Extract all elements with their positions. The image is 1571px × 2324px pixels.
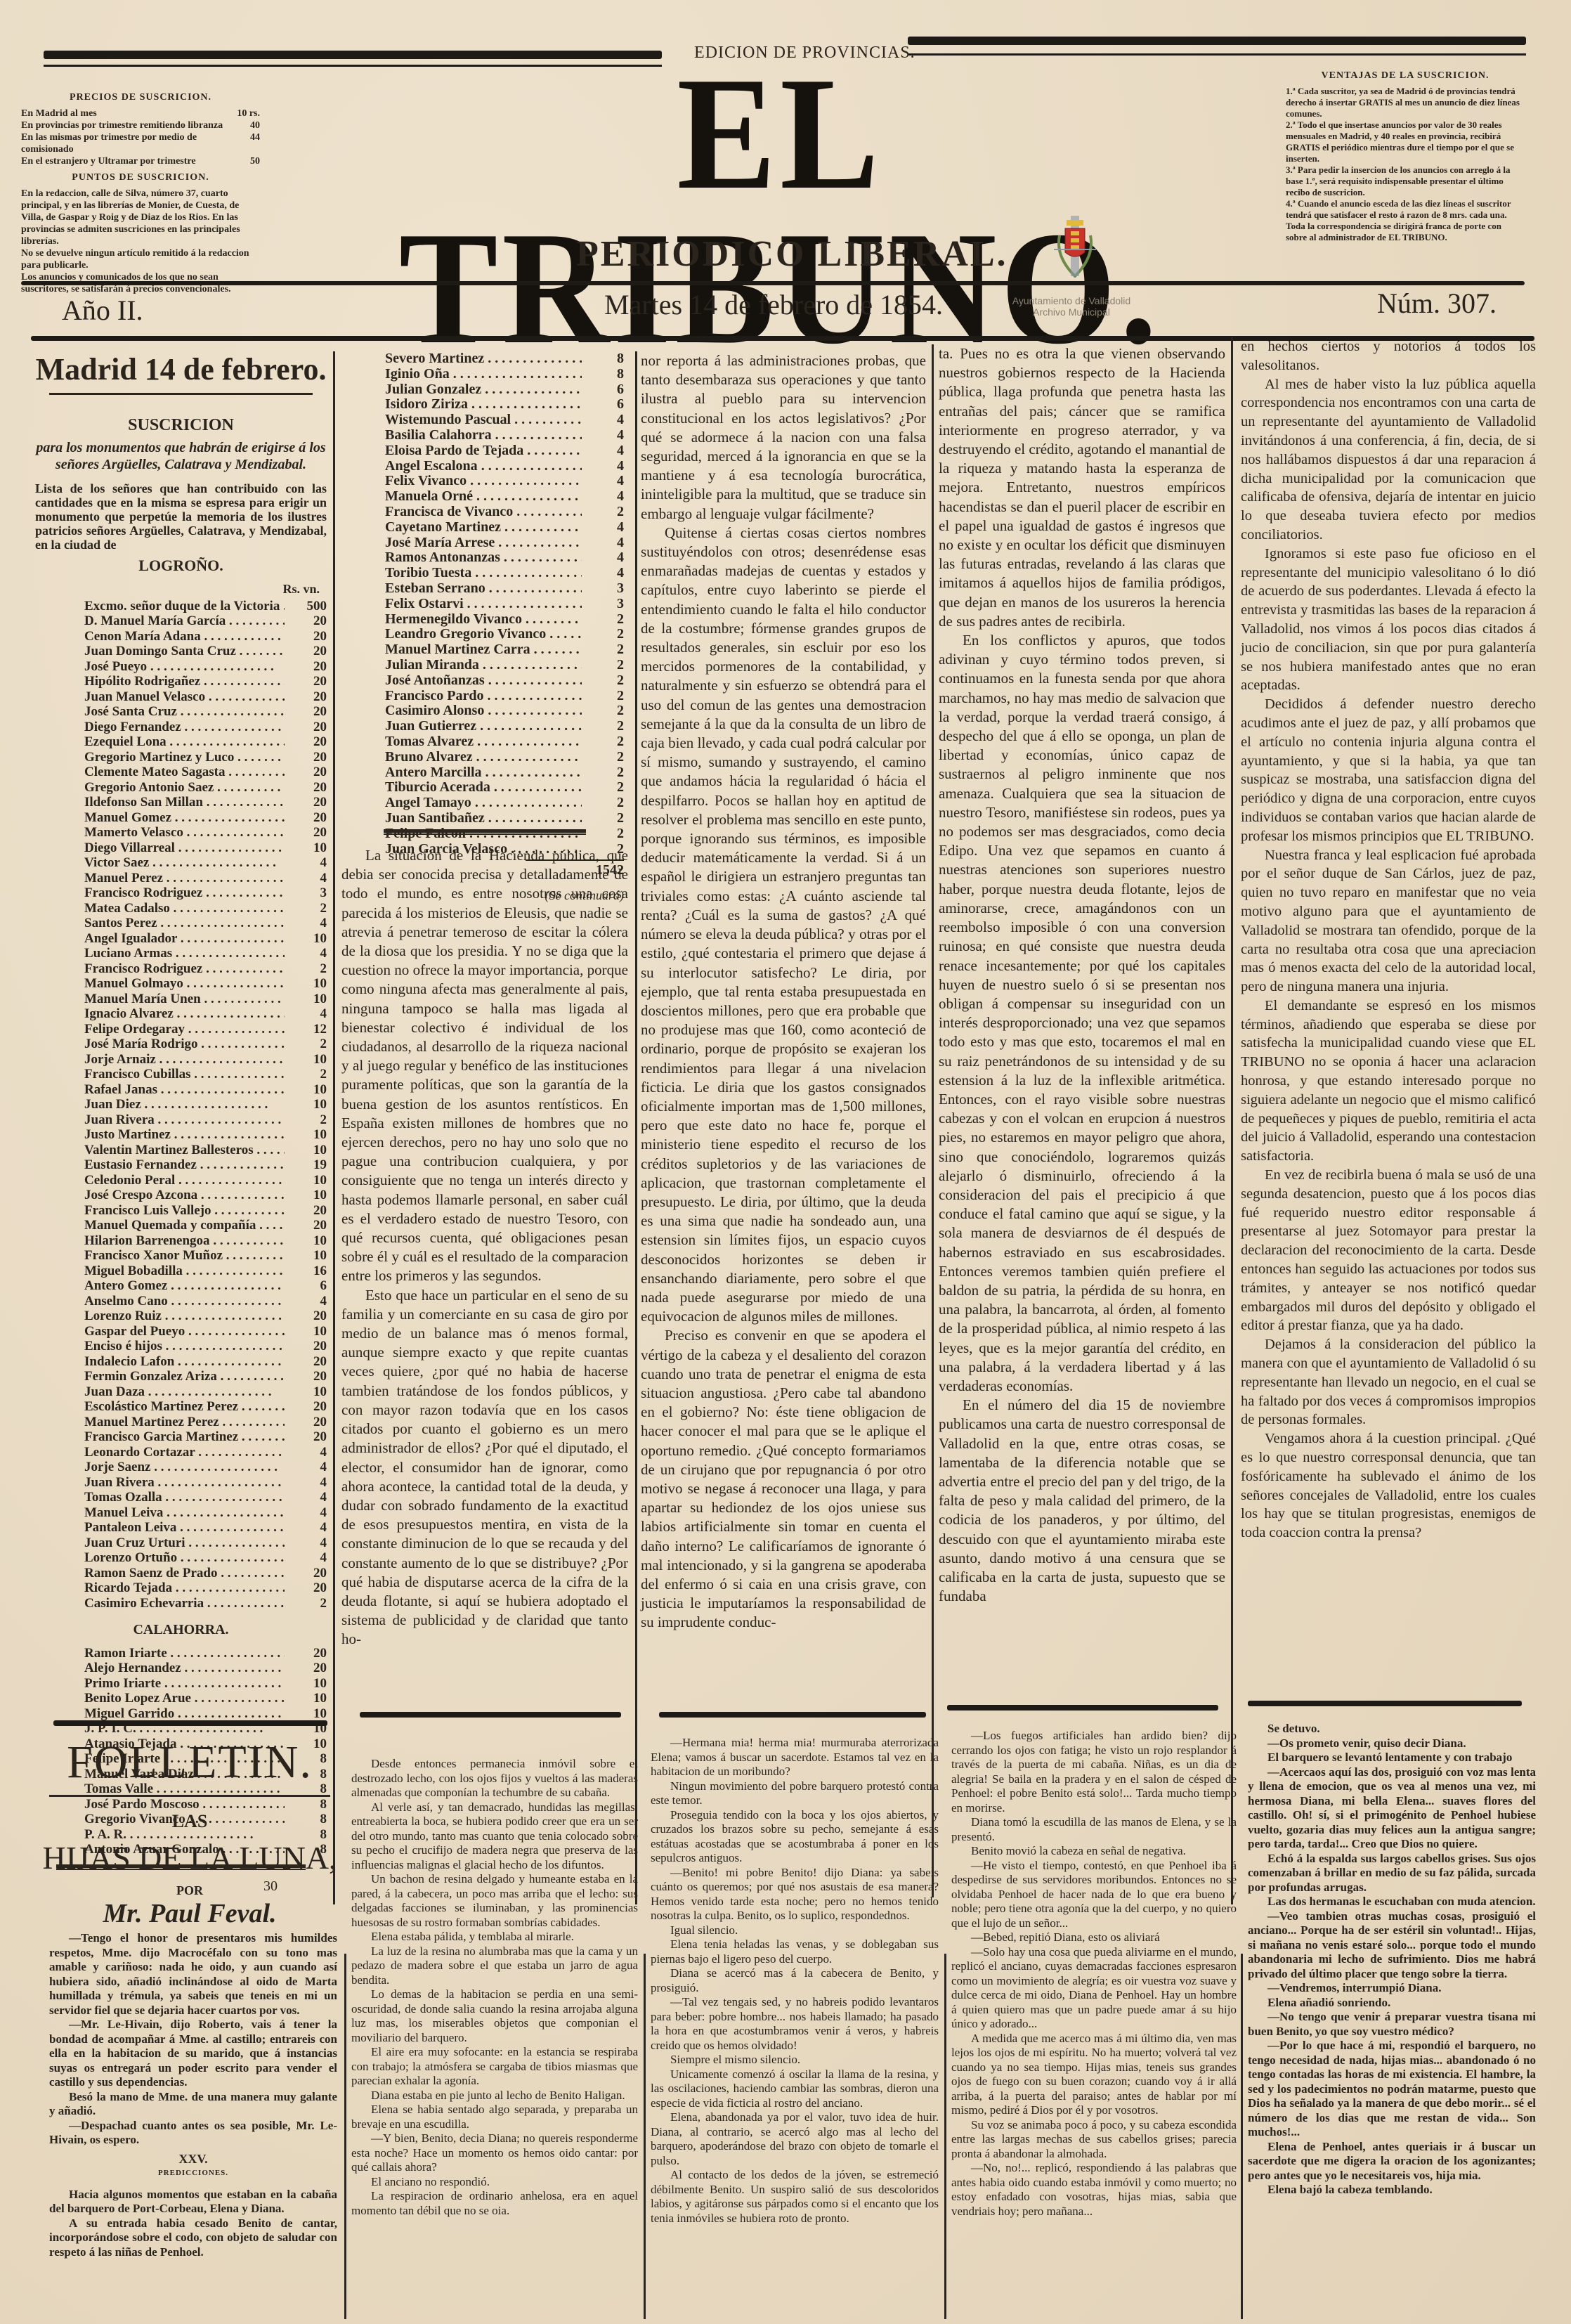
donor-amount: 4 — [285, 1006, 327, 1022]
column-divider — [344, 1954, 346, 2319]
donor-amount: 8 — [582, 367, 624, 382]
donor-row: Leandro Gregorio Vivanco2 — [385, 627, 624, 642]
serial-paragraph: —Despachad cuanto antes os sea posible, … — [49, 2119, 337, 2148]
donor-amount: 10 — [285, 1324, 327, 1339]
donor-name: Ricardo Tejada — [84, 1580, 285, 1596]
folletin-rule — [659, 1712, 926, 1718]
donor-row: Esteban Serrano3 — [385, 581, 624, 597]
donor-name: Manuel Gomez — [84, 810, 285, 826]
serial-paragraph: La luz de la resina no alumbraba mas que… — [351, 1945, 638, 1988]
donor-name: Ramon Iriarte — [84, 1646, 285, 1661]
donor-name: Toribio Tuesta — [385, 566, 582, 581]
donor-amount: 20 — [285, 1339, 327, 1354]
donor-row: Enciso é hijos20 — [35, 1339, 327, 1354]
donor-amount: 500 — [285, 599, 327, 614]
donor-row: Alejo Hernandez20 — [35, 1661, 327, 1676]
chapter-title: PREDICCIONES. — [49, 2166, 337, 2181]
donor-row: Hilarion Barrenengoa10 — [35, 1233, 327, 1249]
issue-date: Martes 14 de febrero de 1854. — [604, 288, 943, 321]
donor-name: Gaspar del Pueyo — [84, 1324, 285, 1339]
donor-row: Jorje Arnaiz10 — [35, 1052, 327, 1067]
newspaper-page: EDICION DE PROVINCIAS. PRECIOS DE SUSCRI… — [0, 0, 1571, 2324]
donor-amount: 20 — [285, 780, 327, 796]
dateline-rule-top — [21, 281, 1525, 285]
donor-name: Francisco Rodriguez — [84, 885, 285, 901]
donor-row: Tiburcio Acerada2 — [385, 780, 624, 796]
subscription-advantages-box: VENTAJAS DE LA SUSCRICION. 1.ª Cada susc… — [1286, 70, 1525, 243]
donor-name: Hipólito Rodrigañez — [84, 674, 285, 689]
serial-paragraph: —Por lo que hace á mi, respondió el barq… — [1248, 2039, 1536, 2140]
donor-row: Manuel Perez4 — [35, 871, 327, 886]
donor-name: Ramon Saenz de Prado — [84, 1566, 285, 1581]
serial-paragraph: Su voz se animaba poco á poco, y su cabe… — [951, 2118, 1237, 2162]
serial-paragraph: —Bebed, repitió Diana, esto os aliviará — [951, 1930, 1237, 1945]
donor-amount: 2 — [582, 796, 624, 811]
donor-row: Ramon Iriarte20 — [35, 1646, 327, 1661]
serial-paragraph: Igual silencio. — [651, 1923, 939, 1938]
donor-amount: 20 — [285, 659, 327, 675]
donor-name: Julian Miranda — [385, 658, 582, 673]
madrid-heading: Madrid 14 de febrero. — [35, 360, 327, 379]
serial-paragraph: —Tengo el honor de presentaros mis humil… — [49, 1931, 337, 2018]
donor-amount: 10 — [285, 1127, 327, 1143]
donor-name: Ignacio Alvarez — [84, 1006, 285, 1022]
serial-paragraph: Elena estaba pálida, y temblaba al mirar… — [351, 1930, 638, 1945]
note-returns: No se devuelve ningun artículo remitido … — [21, 247, 260, 271]
donor-row: Primo Iriarte10 — [35, 1676, 327, 1692]
donor-name: José Pueyo — [84, 659, 285, 675]
donor-amount: 4 — [582, 550, 624, 566]
donor-name: Juan Rivera — [84, 1112, 285, 1128]
donor-name: José Antoñanzas — [385, 673, 582, 689]
advantage-item: 3.ª Para pedir la insercion de los anunc… — [1286, 164, 1525, 198]
serial-paragraph: Unicamente comenzó á oscilar la llama de… — [651, 2067, 939, 2111]
donor-name: Indalecio Lafon — [84, 1354, 285, 1370]
column-divider — [944, 1954, 946, 2319]
donor-row: Francisco Xanor Muñoz10 — [35, 1248, 327, 1264]
folletin-column-4: —Los fuegos artificiales han ardido bien… — [951, 1729, 1237, 2219]
donor-row: Antero Gomez6 — [35, 1278, 327, 1294]
donor-row: Manuel Quemada y compañía20 — [35, 1218, 327, 1233]
donor-amount: 10 — [285, 976, 327, 992]
newspaper-subtitle: PERIODICO LIBERAL. — [576, 233, 1008, 275]
donor-amount: 20 — [285, 1203, 327, 1219]
donor-amount: 20 — [285, 825, 327, 840]
donor-amount: 3 — [582, 597, 624, 612]
serial-paragraph: El anciano no respondió. — [351, 2175, 638, 2190]
serial-paragraph: Al contacto de los dedos de la jóven, se… — [651, 2168, 939, 2226]
serial-paragraph: Un bachon de resina delgado y humeante e… — [351, 1872, 638, 1930]
donor-row: D. Manuel María García20 — [35, 614, 327, 629]
serial-paragraph: Echó á la espalda sus largos cabellos gr… — [1248, 1852, 1536, 1895]
donor-row: Gaspar del Pueyo10 — [35, 1324, 327, 1339]
serial-paragraph: Siempre el mismo silencio. — [651, 2053, 939, 2067]
donor-amount: 10 — [285, 1173, 327, 1188]
serial-by: POR — [42, 1883, 337, 1898]
donor-amount: 20 — [285, 1354, 327, 1370]
donor-row: Rafael Janas10 — [35, 1082, 327, 1098]
article-paragraph: La situacion de la Hacienda pública, que… — [341, 846, 628, 1286]
donor-name: Jorje Saenz — [84, 1460, 285, 1475]
donor-amount: 12 — [285, 1022, 327, 1037]
donor-name: Juan Domingo Santa Cruz — [84, 644, 285, 659]
article-paragraph: Vengamos ahora á la cuestion principal. … — [1241, 1429, 1536, 1543]
donor-name: Angel Escalona — [385, 459, 582, 474]
donor-row: Eloisa Pardo de Tejada4 — [385, 443, 624, 459]
donor-name: Severo Martinez — [385, 351, 582, 367]
donor-name: Tomas Alvarez — [385, 734, 582, 750]
donor-row: Clemente Mateo Sagasta20 — [35, 765, 327, 780]
donor-name: Antero Marcilla — [385, 765, 582, 781]
donor-row: Juan Rivera4 — [35, 1475, 327, 1491]
donor-amount: 10 — [285, 1691, 327, 1706]
donor-name: Eloisa Pardo de Tejada — [385, 443, 582, 459]
donor-row: José Antoñanzas2 — [385, 673, 624, 689]
donor-name: Leandro Gregorio Vivanco — [385, 627, 582, 642]
donor-row: Francisco Luis Vallejo20 — [35, 1203, 327, 1219]
serial-paragraph: —Los fuegos artificiales han ardido bien… — [951, 1729, 1237, 1815]
donor-row: Francisco Rodriguez3 — [35, 885, 327, 901]
donor-row: Severo Martinez8 — [385, 351, 624, 367]
donor-name: Iginio Oña — [385, 367, 582, 382]
donor-amount: 10 — [285, 992, 327, 1007]
serial-paragraph: Elena tenia heladas las venas, y se dobl… — [651, 1937, 939, 1966]
donor-name: Ramos Antonanzas — [385, 550, 582, 566]
column-2: Severo Martinez8Iginio Oña8Julian Gonzal… — [385, 351, 624, 911]
folletin-rule — [360, 1712, 621, 1718]
column-divider — [932, 344, 934, 1897]
donor-name: Francisca de Vivanco — [385, 505, 582, 520]
donor-amount: 2 — [285, 1037, 327, 1052]
serial-paragraph: Elena bajó la cabeza temblando. — [1248, 2183, 1536, 2198]
donor-amount: 20 — [285, 689, 327, 705]
article-paragraph: Quitense á ciertas cosas ciertos nombres… — [641, 524, 926, 1327]
folletin-column-5: Se detuvo. —Os prometo venir, quiso deci… — [1248, 1722, 1536, 2198]
price-row: En las mismas por trimestre por medio de… — [21, 131, 260, 155]
donor-name: Celedonio Peral — [84, 1173, 285, 1188]
donor-amount: 20 — [285, 1566, 327, 1581]
donor-row: Juan Rivera2 — [35, 1112, 327, 1128]
donor-amount: 2 — [582, 703, 624, 719]
donor-name: Pantaleon Leiva — [84, 1520, 285, 1536]
donor-amount: 2 — [582, 750, 624, 765]
serial-paragraph: Diana tomó la escudilla de las manos de … — [951, 1815, 1237, 1844]
donor-row: Isidoro Ziriza6 — [385, 397, 624, 413]
donor-row: Angel Igualador10 — [35, 931, 327, 947]
donor-row: Francisco Cubillas2 — [35, 1067, 327, 1082]
donor-name: Esteban Serrano — [385, 581, 582, 597]
donor-row: Toribio Tuesta4 — [385, 566, 624, 581]
donor-amount: 4 — [285, 1536, 327, 1551]
donor-row: Manuel Martinez Carra2 — [385, 642, 624, 658]
donor-name: Luciano Armas — [84, 946, 285, 961]
donor-name: Juan Manuel Velasco — [84, 689, 285, 705]
article-paragraph: En el número del dia 15 de noviembre pub… — [939, 1396, 1225, 1606]
donor-row: Ricardo Tejada20 — [35, 1580, 327, 1596]
donor-amount: 4 — [582, 535, 624, 551]
donor-name: Julian Gonzalez — [385, 382, 582, 398]
donor-name: Gregorio Martinez y Luco — [84, 750, 285, 765]
advantage-item: 1.ª Cada suscritor, ya sea de Madrid ó d… — [1286, 86, 1525, 119]
donor-row: Antero Marcilla2 — [385, 765, 624, 781]
donor-amount: 2 — [582, 780, 624, 796]
donor-amount: 2 — [582, 612, 624, 628]
donor-amount: 2 — [582, 689, 624, 704]
article-paragraph: ta. Pues no es otra la que vienen observ… — [939, 344, 1225, 631]
issue-number: Núm. 307. — [1377, 287, 1497, 320]
column-3: nor reporta á las administraciones proba… — [641, 351, 926, 1632]
column-4: ta. Pues no es otra la que vienen observ… — [939, 344, 1225, 1606]
donor-name: Ezequiel Lona — [84, 734, 285, 750]
donor-row: José María Arrese4 — [385, 535, 624, 551]
donor-row: Miguel Bobadilla16 — [35, 1264, 327, 1279]
donor-name: Juan Diez — [84, 1097, 285, 1112]
article-rule — [384, 829, 586, 835]
serial-paragraph: —He visto el tiempo, contestó, en que Pe… — [951, 1859, 1237, 1931]
donor-row: Lorenzo Ortuño4 — [35, 1550, 327, 1566]
donor-amount: 4 — [582, 459, 624, 474]
serial-paragraph: Proseguia tendido con la boca y los ojos… — [651, 1808, 939, 1866]
donor-amount: 20 — [285, 1661, 327, 1676]
donor-name: Manuel Martinez Perez — [84, 1415, 285, 1430]
serial-paragraph: —Solo hay una cosa que pueda aliviarme e… — [951, 1945, 1237, 2032]
donor-name: José Santa Cruz — [84, 704, 285, 720]
serial-paragraph: Lo demas de la habitacion se perdia en u… — [351, 1987, 638, 2045]
donor-row: Benito Lopez Arue10 — [35, 1691, 327, 1706]
donor-amount: 10 — [285, 1143, 327, 1158]
donor-name: Diego Fernandez — [84, 720, 285, 735]
donor-row: Casimiro Alonso2 — [385, 703, 624, 719]
donor-amount: 20 — [285, 734, 327, 750]
donor-row: Cenon María Adana20 — [35, 629, 327, 644]
serial-paragraph: —Y bien, Benito, decia Diana; no quereis… — [351, 2131, 638, 2175]
donor-name: Primo Iriarte — [84, 1676, 285, 1692]
donor-row: Cayetano Martinez4 — [385, 520, 624, 535]
donor-row: Pantaleon Leiva4 — [35, 1520, 327, 1536]
serial-paragraph: —Os prometo venir, quiso decir Diana. — [1248, 1736, 1536, 1751]
donor-amount: 2 — [582, 765, 624, 781]
donor-name: Juan Rivera — [84, 1475, 285, 1491]
donor-name: Tiburcio Acerada — [385, 780, 582, 796]
serial-paragraph: Elena, abandonada ya por el valor, tuvo … — [651, 2110, 939, 2168]
donor-row: Luciano Armas4 — [35, 946, 327, 961]
archive-watermark: Ayuntamiento de Valladolid Archivo Munic… — [1005, 295, 1138, 318]
donor-row: José Pueyo20 — [35, 659, 327, 675]
donor-amount: 20 — [285, 810, 327, 826]
puntos-title: PUNTOS DE SUSCRICION. — [21, 171, 260, 183]
donor-amount: 4 — [582, 413, 624, 428]
donor-name: Miguel Garrido — [84, 1706, 285, 1722]
donor-amount: 4 — [285, 1294, 327, 1309]
donor-amount: 20 — [285, 720, 327, 735]
price-row: En Madrid al mes10 rs. — [21, 108, 260, 119]
donor-name: Mamerto Velasco — [84, 825, 285, 840]
donor-amount: 20 — [285, 1429, 327, 1445]
donor-name: Casimiro Alonso — [385, 703, 582, 719]
donor-row: Juan Domingo Santa Cruz20 — [35, 644, 327, 659]
serial-paragraph: Las dos hermanas le escuchaban con muda … — [1248, 1895, 1536, 1909]
donor-row: Julian Miranda2 — [385, 658, 624, 673]
serial-paragraph: —Hermana mia! herma mia! murmuraba aterr… — [651, 1736, 939, 1779]
donor-amount: 20 — [285, 1580, 327, 1596]
donor-row: Victor Saez4 — [35, 855, 327, 871]
article-paragraph: El demandante se espresó en los mismos t… — [1241, 997, 1536, 1166]
donor-name: Clemente Mateo Sagasta — [84, 765, 285, 780]
folletin-rule — [53, 1720, 327, 1726]
donor-amount: 2 — [582, 673, 624, 689]
donor-name: José María Arrese — [385, 535, 582, 551]
donor-name: Angel Igualador — [84, 931, 285, 947]
donor-name: Diego Villarreal — [84, 840, 285, 856]
donor-row: Felix Ostarvi3 — [385, 597, 624, 612]
donor-amount: 4 — [582, 520, 624, 535]
donor-row: Excmo. señor duque de la Victoria500 — [35, 599, 327, 614]
donor-amount: 20 — [285, 1369, 327, 1384]
donor-row: Juan Daza10 — [35, 1384, 327, 1400]
donor-name: Rafael Janas — [84, 1082, 285, 1098]
city-calahorra: CALAHORRA. — [35, 1621, 327, 1640]
donor-amount: 20 — [285, 629, 327, 644]
donor-row: Francisca de Vivanco2 — [385, 505, 624, 520]
donor-amount: 4 — [582, 566, 624, 581]
subscription-prices-box: PRECIOS DE SUSCRICION. En Madrid al mes1… — [21, 91, 260, 295]
article-paragraph: Decididos á defender nuestro derecho acu… — [1241, 695, 1536, 845]
donor-name: Antero Gomez — [84, 1278, 285, 1294]
donor-amount: 4 — [582, 443, 624, 459]
folletin-rule — [1248, 1701, 1522, 1706]
year-label: Año II. — [62, 294, 143, 327]
donor-row: Juan Cruz Urturi4 — [35, 1536, 327, 1551]
donor-row: Angel Tamayo2 — [385, 796, 624, 811]
donor-amount: 20 — [285, 765, 327, 780]
donor-amount: 20 — [285, 644, 327, 659]
donor-name: Francisco Xanor Muñoz — [84, 1248, 285, 1264]
donor-amount: 2 — [582, 811, 624, 826]
donor-row: Matea Cadalso2 — [35, 901, 327, 916]
donor-amount: 10 — [285, 1052, 327, 1067]
currency-label: Rs. vn. — [35, 580, 327, 599]
donor-row: Felix Vivanco4 — [385, 474, 624, 489]
donor-name: Enciso é hijos — [84, 1339, 285, 1354]
column-divider — [644, 1954, 646, 2319]
donor-name: José María Rodrigo — [84, 1037, 285, 1052]
donor-row: Santos Perez4 — [35, 916, 327, 931]
donor-row: Tomas Ozalla4 — [35, 1490, 327, 1505]
serial-paragraph: —Veo tambien otras muchas cosas, prosigu… — [1248, 1909, 1536, 1982]
city-logrono: LOGROÑO. — [35, 556, 327, 575]
donor-row: Fermin Gonzalez Ariza20 — [35, 1369, 327, 1384]
advantages-footer: Toda la correspondencia se dirigirá fran… — [1286, 221, 1525, 243]
donor-name: Santos Perez — [84, 916, 285, 931]
serial-paragraph: —Tal vez tengais sed, y no habreis podid… — [651, 1995, 939, 2053]
donor-amount: 10 — [285, 1097, 327, 1112]
article-paragraph: Esto que hace un particular en el seno d… — [341, 1286, 628, 1649]
donor-row: Ezequiel Lona20 — [35, 734, 327, 750]
donor-row: Manuel Gomez20 — [35, 810, 327, 826]
donor-name: Felipe Ordegaray — [84, 1022, 285, 1037]
serial-paragraph: Benito movió la cabeza en señal de negat… — [951, 1844, 1237, 1859]
donor-row: Felipe Ordegaray12 — [35, 1022, 327, 1037]
donor-name: Fermin Gonzalez Ariza — [84, 1369, 285, 1384]
donor-row: Basilia Calahorra4 — [385, 428, 624, 443]
donor-row: Francisco Pardo2 — [385, 689, 624, 704]
donor-name: Francisco Cubillas — [84, 1067, 285, 1082]
donor-row: Angel Escalona4 — [385, 459, 624, 474]
donor-amount: 20 — [285, 1415, 327, 1430]
donor-amount: 10 — [285, 840, 327, 856]
donor-name: José Crespo Azcona — [84, 1188, 285, 1203]
donor-name: Angel Tamayo — [385, 796, 582, 811]
serial-paragraph: —Benito! mi pobre Benito! dijo Diana: ya… — [651, 1866, 939, 1923]
donor-amount: 10 — [285, 1248, 327, 1264]
donor-name: Eustasio Fernandez — [84, 1157, 285, 1173]
donor-row: Manuel Martinez Perez20 — [35, 1415, 327, 1430]
donor-row: José María Rodrigo2 — [35, 1037, 327, 1052]
donor-amount: 10 — [285, 1384, 327, 1400]
donor-amount: 4 — [582, 489, 624, 505]
donor-name: Juan Gutierrez — [385, 719, 582, 734]
donor-amount: 10 — [285, 1706, 327, 1722]
donor-amount: 2 — [582, 734, 624, 750]
suscricion-subtitle: para los monumentos que habrán de erigir… — [35, 439, 327, 473]
serial-paragraph: —No, no!... replicó, respondiendo á las … — [951, 2161, 1237, 2219]
chapter-number: XXV. — [49, 2152, 337, 2167]
donor-row: Iginio Oña8 — [385, 367, 624, 382]
donor-row: Manuel Leiva4 — [35, 1505, 327, 1521]
donor-row: Anselmo Cano4 — [35, 1294, 327, 1309]
serial-paragraph: El barquero se levantó lentamente y con … — [1248, 1751, 1536, 1765]
donor-name: Manuel Martinez Carra — [385, 642, 582, 658]
donor-row: Manuel Golmayo10 — [35, 976, 327, 992]
donor-amount: 2 — [582, 627, 624, 642]
donor-name: Wistemundo Pascual — [385, 413, 582, 428]
donor-name: Anselmo Cano — [84, 1294, 285, 1309]
donor-name: Juan Daza — [84, 1384, 285, 1400]
article-paragraph: En los conflictos y apuros, que todos ad… — [939, 631, 1225, 1396]
donor-amount: 2 — [285, 1112, 327, 1128]
donor-name: D. Manuel María García — [84, 614, 285, 629]
donor-amount: 4 — [285, 916, 327, 931]
donor-amount: 10 — [285, 931, 327, 947]
donor-row: Diego Fernandez20 — [35, 720, 327, 735]
donor-name: Cenon María Adana — [84, 629, 285, 644]
serial-paragraph: —Acercaos aquí las dos, prosiguió con vo… — [1248, 1765, 1536, 1852]
donor-amount: 4 — [285, 1550, 327, 1566]
serial-paragraph: Elena añadió sonriendo. — [1248, 1996, 1536, 2011]
advantage-item: 2.ª Todo el que insertase anuncios por v… — [1286, 119, 1525, 164]
column-divider — [1241, 1954, 1243, 2319]
donor-name: Alejo Hernandez — [84, 1661, 285, 1676]
donor-name: Valentin Martinez Ballesteros — [84, 1143, 285, 1158]
donor-name: Ildefonso San Millan — [84, 795, 285, 810]
donor-amount: 2 — [582, 719, 624, 734]
donor-amount: 4 — [285, 946, 327, 961]
serial-paragraph: Diana se acercó mas á la cabecera de Ben… — [651, 1966, 939, 1995]
donor-amount: 4 — [582, 428, 624, 443]
serial-paragraph: Elena de Penhoel, antes queriais ir á bu… — [1248, 2140, 1536, 2183]
donor-name: Juan Cruz Urturi — [84, 1536, 285, 1551]
donor-row: Lorenzo Ruiz20 — [35, 1309, 327, 1324]
puntos-text: En la redaccion, calle de Silva, número … — [21, 188, 260, 247]
donor-row: Gregorio Martinez y Luco20 — [35, 750, 327, 765]
donor-amount: 20 — [285, 614, 327, 629]
donor-name: Manuela Orné — [385, 489, 582, 505]
donor-amount: 4 — [285, 1505, 327, 1521]
donor-name: Benito Lopez Arue — [84, 1691, 285, 1706]
donor-name: Felix Ostarvi — [385, 597, 582, 612]
donor-row: Gregorio Antonio Saez20 — [35, 780, 327, 796]
donor-amount: 10 — [285, 1676, 327, 1692]
